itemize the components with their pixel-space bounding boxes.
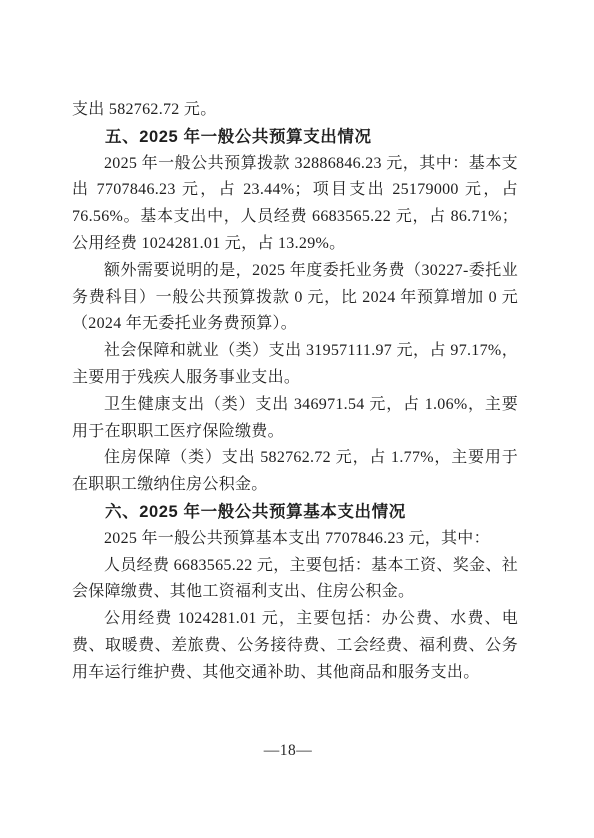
section-heading-6-basic-expenditure: 六、2025 年一般公共预算基本支出情况 <box>72 499 518 526</box>
paragraph-basic-expenditure-total: 2025 年一般公共预算基本支出 7707846.23 元，其中： <box>72 526 518 553</box>
paragraph-continuation-expense-total: 支出 582762.72 元。 <box>72 97 518 124</box>
document-body: 支出 582762.72 元。 五、2025 年一般公共预算支出情况 2025 … <box>72 97 518 687</box>
paragraph-housing-security: 住房保障（类）支出 582762.72 元，占 1.77%，主要用于在职职工缴纳… <box>72 445 518 499</box>
paragraph-budget-allocation-breakdown: 2025 年一般公共预算拨款 32886846.23 元，其中：基本支出 770… <box>72 151 518 258</box>
page-number-footer: —18— <box>0 742 576 760</box>
paragraph-personnel-funds: 人员经费 6683565.22 元，主要包括：基本工资、奖金、社会保障缴费、其他… <box>72 553 518 607</box>
paragraph-entrusted-business-fee-note: 额外需要说明的是，2025 年度委托业务费（30227-委托业务费科目）一般公共… <box>72 258 518 338</box>
paragraph-health-expenditure: 卫生健康支出（类）支出 346971.54 元，占 1.06%，主要用于在职职工… <box>72 392 518 446</box>
section-heading-5-budget-expenditure: 五、2025 年一般公共预算支出情况 <box>72 124 518 151</box>
document-page: 支出 582762.72 元。 五、2025 年一般公共预算支出情况 2025 … <box>0 0 594 838</box>
paragraph-social-security-employment: 社会保障和就业（类）支出 31957111.97 元，占 97.17%，主要用于… <box>72 338 518 392</box>
paragraph-public-funds: 公用经费 1024281.01 元，主要包括：办公费、水费、电费、取暖费、差旅费… <box>72 606 518 686</box>
